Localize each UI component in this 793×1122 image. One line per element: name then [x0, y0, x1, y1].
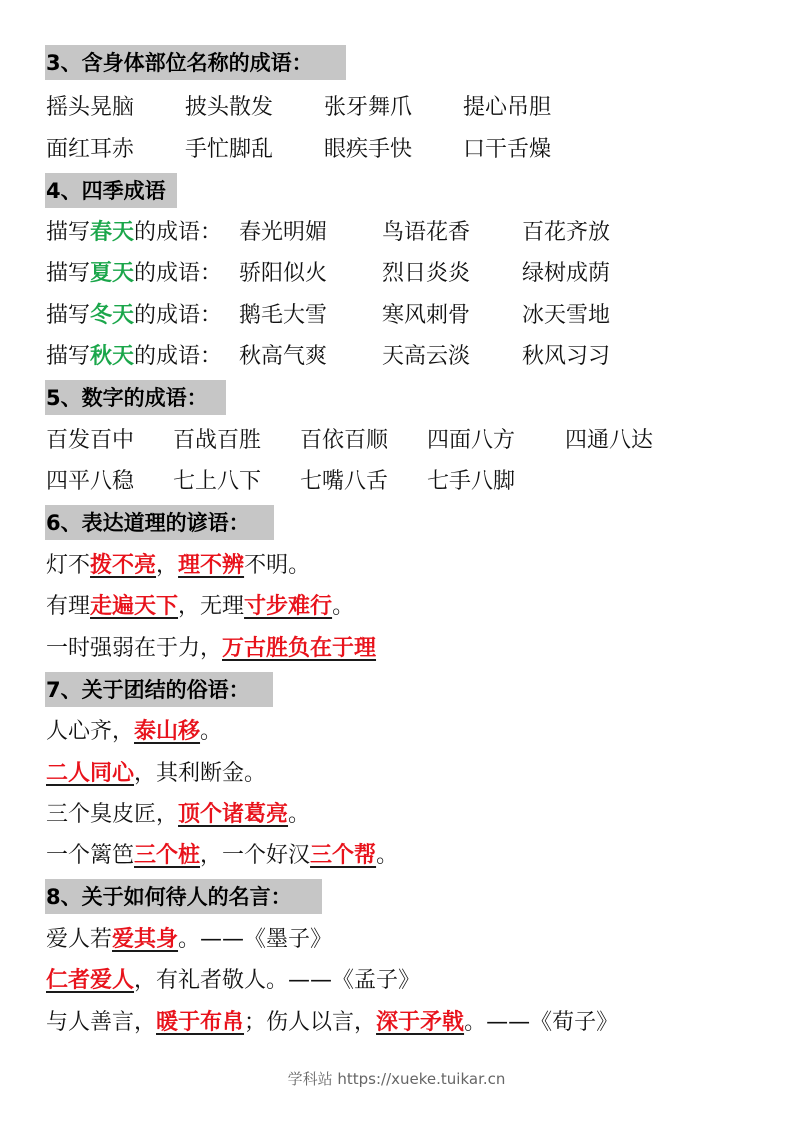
idiom: 披头散发: [185, 90, 273, 126]
key-phrase: 寸步难行: [244, 594, 332, 619]
idiom: 手忙脚乱: [185, 132, 273, 168]
idiom: 四平八稳: [46, 464, 134, 500]
text: ，有礼者敬人。——《孟子》: [134, 968, 420, 993]
document-page: 3、含身体部位名称的成语： 摇头晃脑 披头散发 张牙舞爪 提心吊胆 面红耳赤 手…: [0, 0, 793, 1122]
text: ，: [156, 553, 178, 578]
section-8-heading: 8、关于如何待人的名言：: [45, 879, 322, 914]
text: 有理: [46, 594, 90, 619]
saying-line: 一个篱笆三个桩，一个好汉三个帮。: [46, 838, 398, 874]
section-3-heading: 3、含身体部位名称的成语：: [45, 45, 346, 80]
footer-watermark: 学科站 https://xueke.tuikar.cn: [0, 1068, 793, 1089]
key-phrase: 二人同心: [46, 761, 134, 786]
proverb-line: 一时强弱在于力，万古胜负在于理: [46, 631, 376, 667]
idiom: 绿树成荫: [522, 256, 610, 292]
idiom: 口干舌燥: [463, 132, 551, 168]
text: ，其利断金。: [134, 761, 266, 786]
text: 三个臭皮匠，: [46, 802, 178, 827]
idiom: 百战百胜: [173, 423, 261, 459]
saying-line: 人心齐，泰山移。: [46, 714, 222, 750]
season-line-label: 描写冬天的成语：: [46, 298, 222, 334]
key-phrase: 走遍天下: [90, 594, 178, 619]
quote-line: 仁者爱人，有礼者敬人。——《孟子》: [46, 963, 420, 999]
season-name: 春天: [90, 220, 134, 245]
label-suffix: 的成语：: [134, 303, 222, 328]
idiom: 百花齐放: [522, 215, 610, 251]
section-3-row-1: 摇头晃脑 披头散发 张牙舞爪 提心吊胆: [46, 90, 746, 126]
text: ，一个好汉: [200, 843, 310, 868]
section-5-row-2: 四平八稳 七上八下 七嘴八舌 七手八脚: [46, 464, 766, 500]
section-6-heading: 6、表达道理的谚语：: [45, 505, 274, 540]
label-prefix: 描写: [46, 303, 90, 328]
season-row-autumn: 描写秋天的成语： 秋高气爽 天高云淡 秋风习习: [46, 339, 746, 375]
idiom: 百发百中: [46, 423, 134, 459]
text: 。: [332, 594, 354, 619]
key-phrase: 三个桩: [134, 843, 200, 868]
idiom: 秋风习习: [522, 339, 610, 375]
text: 一时强弱在于力，: [46, 636, 222, 661]
season-name: 夏天: [90, 261, 134, 286]
saying-line: 二人同心，其利断金。: [46, 756, 266, 792]
section-5-heading: 5、数字的成语：: [45, 380, 226, 415]
label-prefix: 描写: [46, 261, 90, 286]
label-prefix: 描写: [46, 220, 90, 245]
idiom: 鸟语花香: [382, 215, 470, 251]
quote-line: 与人善言，暖于布帛；伤人以言，深于矛戟。——《荀子》: [46, 1005, 618, 1041]
idiom: 摇头晃脑: [46, 90, 134, 126]
idiom: 眼疾手快: [324, 132, 412, 168]
key-phrase: 爱其身: [112, 927, 178, 952]
section-7-heading: 7、关于团结的俗语：: [45, 672, 273, 707]
label-suffix: 的成语：: [134, 344, 222, 369]
idiom: 春光明媚: [239, 215, 327, 251]
key-phrase: 暖于布帛: [156, 1010, 244, 1035]
section-5-row-1: 百发百中 百战百胜 百依百顺 四面八方 四通八达: [46, 423, 766, 459]
season-name: 冬天: [90, 303, 134, 328]
key-phrase: 三个帮: [310, 843, 376, 868]
idiom: 面红耳赤: [46, 132, 134, 168]
text: 。——《墨子》: [178, 927, 332, 952]
section-3-row-2: 面红耳赤 手忙脚乱 眼疾手快 口干舌燥: [46, 132, 746, 168]
season-line-label: 描写春天的成语：: [46, 215, 222, 251]
proverb-line: 灯不拨不亮，理不辨不明。: [46, 548, 310, 584]
text: ；伤人以言，: [244, 1010, 376, 1035]
key-phrase: 顶个诸葛亮: [178, 802, 288, 827]
text: 人心齐，: [46, 719, 134, 744]
idiom: 七嘴八舌: [300, 464, 388, 500]
season-line-label: 描写夏天的成语：: [46, 256, 222, 292]
text: 爱人若: [46, 927, 112, 952]
idiom: 张牙舞爪: [324, 90, 412, 126]
season-row-spring: 描写春天的成语： 春光明媚 鸟语花香 百花齐放: [46, 215, 746, 251]
label-prefix: 描写: [46, 344, 90, 369]
text: 灯不: [46, 553, 90, 578]
text: 。: [376, 843, 398, 868]
season-row-summer: 描写夏天的成语： 骄阳似火 烈日炎炎 绿树成荫: [46, 256, 746, 292]
idiom: 冰天雪地: [522, 298, 610, 334]
text: 。: [200, 719, 222, 744]
season-name: 秋天: [90, 344, 134, 369]
key-phrase: 深于矛戟: [376, 1010, 464, 1035]
idiom: 骄阳似火: [239, 256, 327, 292]
idiom: 寒风刺骨: [382, 298, 470, 334]
key-phrase: 仁者爱人: [46, 968, 134, 993]
quote-line: 爱人若爱其身。——《墨子》: [46, 922, 332, 958]
idiom: 提心吊胆: [463, 90, 551, 126]
text: 一个篱笆: [46, 843, 134, 868]
idiom: 七手八脚: [427, 464, 515, 500]
idiom: 百依百顺: [300, 423, 388, 459]
idiom: 四面八方: [427, 423, 515, 459]
season-row-winter: 描写冬天的成语： 鹅毛大雪 寒风刺骨 冰天雪地: [46, 298, 746, 334]
label-suffix: 的成语：: [134, 261, 222, 286]
idiom: 秋高气爽: [239, 339, 327, 375]
key-phrase: 万古胜负在于理: [222, 636, 376, 661]
idiom: 鹅毛大雪: [239, 298, 327, 334]
section-4-heading: 4、四季成语: [45, 173, 177, 208]
season-line-label: 描写秋天的成语：: [46, 339, 222, 375]
saying-line: 三个臭皮匠，顶个诸葛亮。: [46, 797, 310, 833]
key-phrase: 泰山移: [134, 719, 200, 744]
text: 不明。: [244, 553, 310, 578]
text: 与人善言，: [46, 1010, 156, 1035]
text: ，无理: [178, 594, 244, 619]
label-suffix: 的成语：: [134, 220, 222, 245]
key-phrase: 拨不亮: [90, 553, 156, 578]
text: 。——《荀子》: [464, 1010, 618, 1035]
idiom: 烈日炎炎: [382, 256, 470, 292]
idiom: 七上八下: [173, 464, 261, 500]
idiom: 四通八达: [565, 423, 653, 459]
proverb-line: 有理走遍天下，无理寸步难行。: [46, 589, 354, 625]
key-phrase: 理不辨: [178, 553, 244, 578]
text: 。: [288, 802, 310, 827]
idiom: 天高云淡: [382, 339, 470, 375]
